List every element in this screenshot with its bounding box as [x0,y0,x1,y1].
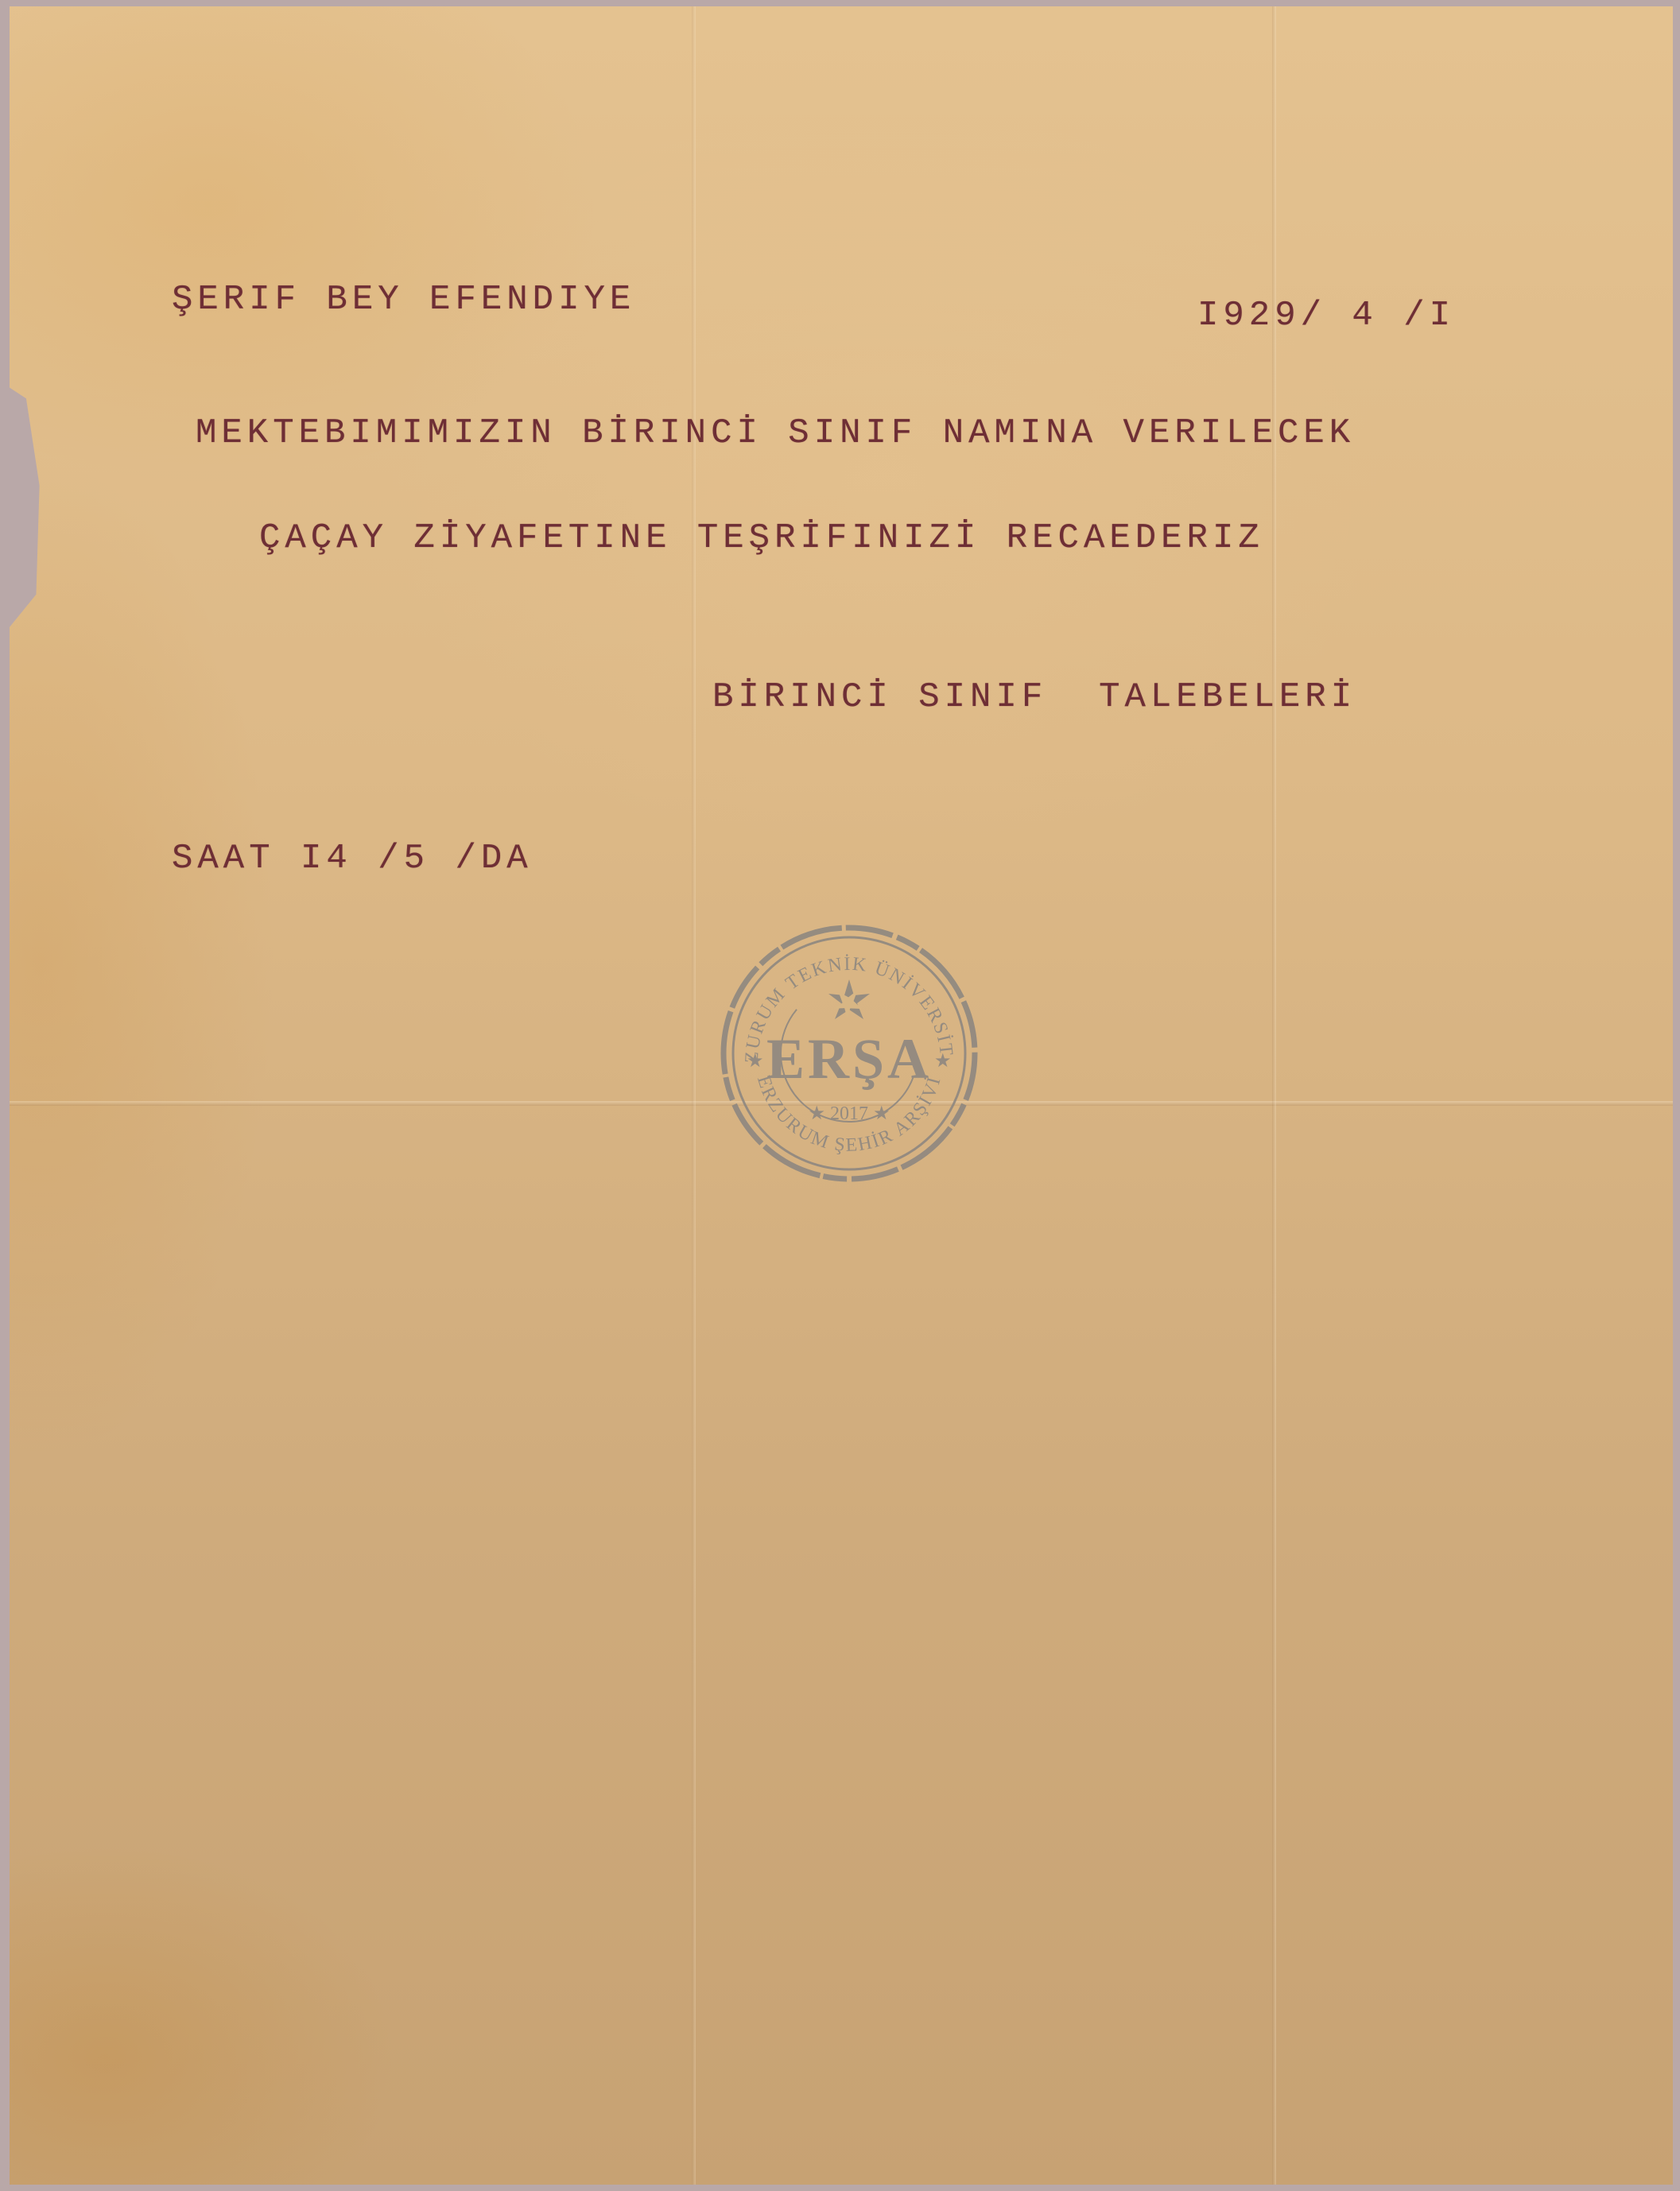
vertical-fold-line-left [692,6,696,2185]
time-note: SAAT I4 /5 /DA [172,839,533,878]
salutation: ŞERIF BEY EFENDIYE [172,280,635,320]
star-snowflake-icon [828,979,870,1022]
archive-stamp: ERZURUM TEKNİK ÜNİVERSİTESİ ERZURUM ŞEHİ… [718,922,980,1185]
date: I929/ 4 /I [1197,296,1455,335]
body-line-2: ÇAÇAY ZİYAFETINE TEŞRİFINIZİ RECAEDERIZ [259,518,1264,558]
body-line-1: MEKTEBIMIMIZIN BİRINCİ SINIF NAMINA VERI… [196,413,1355,453]
stamp-year: ★ 2017 ★ [808,1103,890,1124]
star-icon: ★ [934,1051,952,1072]
signature: BİRINCİ SINIF TALEBELERİ [712,677,1356,717]
stamp-center-text: ERŞA [766,1027,932,1091]
star-icon: ★ [747,1051,764,1072]
